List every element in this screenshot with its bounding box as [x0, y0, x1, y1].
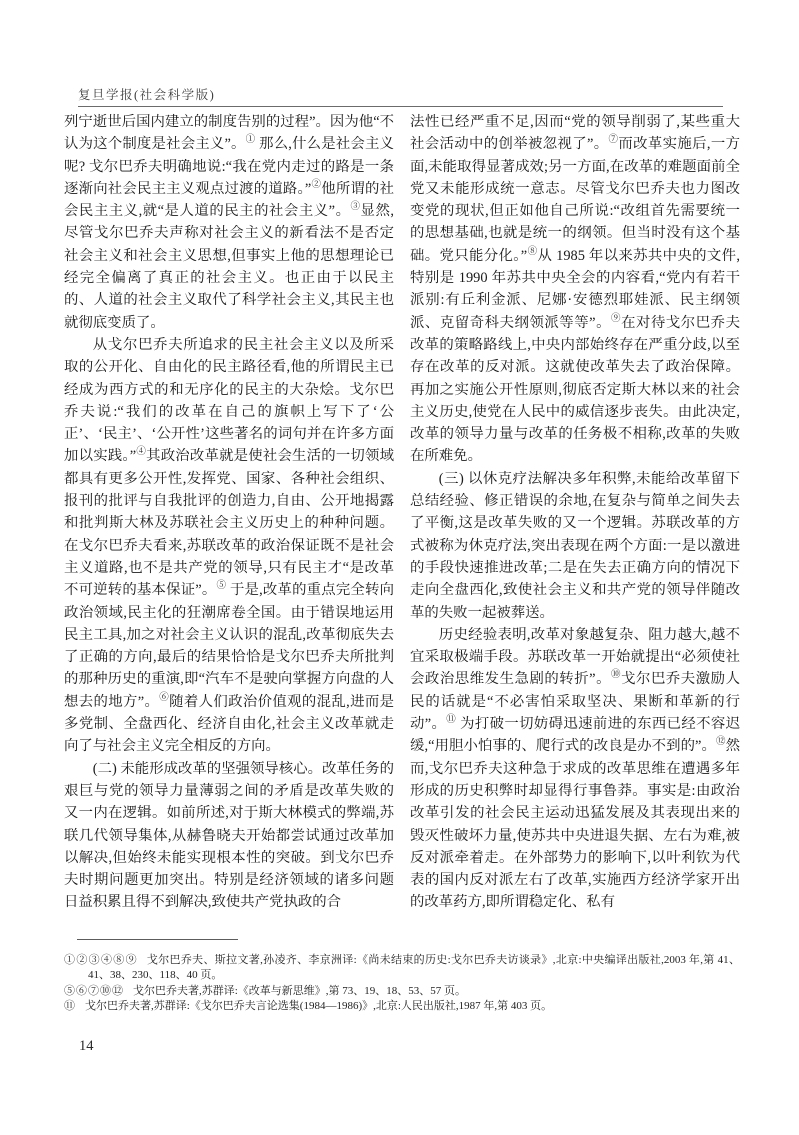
- journal-title-header: 复旦学报(社会科学版): [78, 85, 215, 103]
- footnote-marker: ①②③④⑧⑨: [64, 954, 138, 966]
- footnote-section: ①②③④⑧⑨戈尔巴乔夫、斯拉文著,孙凌齐、李京洲译:《尚未结束的历史:戈尔巴乔夫…: [64, 939, 740, 1015]
- header-divider: [78, 106, 723, 107]
- body-paragraph: (二) 未能形成改革的坚强领导核心。改革任务的艰巨与党的领导力量薄弱之间的矛盾是…: [64, 758, 394, 914]
- footnote-text: 戈尔巴乔夫著,苏群译:《戈尔巴乔夫言论选集(1984—1986)》,北京:人民出…: [85, 1000, 552, 1012]
- page-number: 14: [79, 1038, 94, 1055]
- body-columns: 列宁逝世后国内建立的制度告别的过程”。因为他“不认为这个制度是社会主义”。① 那…: [64, 111, 740, 914]
- footnote-divider: [77, 939, 238, 940]
- body-paragraph: 法性已经严重不足,因而“党的领导削弱了,某些重大社会活动中的创举被忽视了”。⑦而…: [410, 111, 740, 468]
- body-paragraph: 从戈尔巴乔夫所追求的民主社会主义以及所采取的公开化、自由化的民主路径看,他的所谓…: [64, 334, 394, 758]
- footnote-item: ①②③④⑧⑨戈尔巴乔夫、斯拉文著,孙凌齐、李京洲译:《尚未结束的历史:戈尔巴乔夫…: [64, 953, 740, 984]
- body-paragraph: 历史经验表明,改革对象越复杂、阻力越大,越不宜采取极端手段。苏联改革一开始就提出…: [410, 624, 740, 914]
- body-paragraph: (三) 以休克疗法解决多年积弊,未能给改革留下总结经验、修正错误的余地,在复杂与…: [410, 468, 740, 624]
- body-paragraph: 列宁逝世后国内建立的制度告别的过程”。因为他“不认为这个制度是社会主义”。① 那…: [64, 111, 394, 334]
- left-column: 列宁逝世后国内建立的制度告别的过程”。因为他“不认为这个制度是社会主义”。① 那…: [64, 111, 394, 914]
- footnote-marker: ⑪: [64, 1000, 76, 1012]
- journal-page: 复旦学报(社会科学版) 列宁逝世后国内建立的制度告别的过程”。因为他“不认为这个…: [0, 0, 799, 1135]
- footnote-text: 戈尔巴乔夫著,苏群译:《改革与新思维》,第 73、19、18、53、57 页。: [133, 985, 466, 997]
- footnote-item: ⑪戈尔巴乔夫著,苏群译:《戈尔巴乔夫言论选集(1984—1986)》,北京:人民…: [64, 999, 740, 1014]
- footnote-marker: ⑤⑥⑦⑩⑫: [64, 985, 124, 997]
- footnote-item: ⑤⑥⑦⑩⑫戈尔巴乔夫著,苏群译:《改革与新思维》,第 73、19、18、53、5…: [64, 984, 740, 999]
- right-column: 法性已经严重不足,因而“党的领导削弱了,某些重大社会活动中的创举被忽视了”。⑦而…: [410, 111, 740, 914]
- footnote-text: 戈尔巴乔夫、斯拉文著,孙凌齐、李京洲译:《尚未结束的历史:戈尔巴乔夫访谈录》,北…: [88, 954, 740, 981]
